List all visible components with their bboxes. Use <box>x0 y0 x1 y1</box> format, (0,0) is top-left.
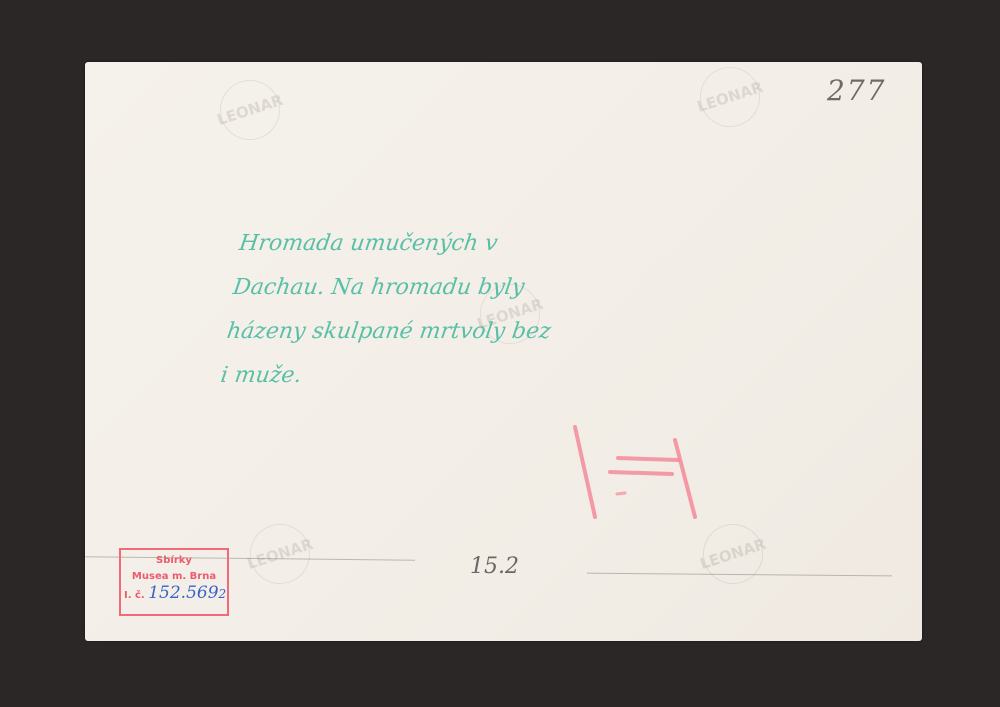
leonar-watermark: LEONAR <box>692 59 768 135</box>
handwritten-caption: Hromada umučených v Dachau. Na hromadu b… <box>218 222 803 398</box>
stamp-line-1: Sbírky <box>121 553 227 569</box>
caption-line: Hromada umučených v <box>236 222 802 266</box>
stamp-prefix: I. č. <box>124 590 145 601</box>
leonar-watermark: LEONAR <box>212 72 288 148</box>
inventory-suffix: 2 <box>219 587 227 601</box>
leonar-watermark: LEONAR <box>695 516 771 592</box>
pencil-note: 15.2 <box>470 554 519 579</box>
museum-stamp: Sbírky Musea m. Brna I. č. 152.5692 <box>119 548 229 616</box>
red-pencil-mark-icon <box>570 422 700 522</box>
caption-line: i muže. <box>218 354 784 398</box>
leonar-watermark: LEONAR <box>242 516 318 592</box>
inventory-number: 152.569 <box>148 583 218 603</box>
page-number: 277 <box>827 74 886 107</box>
photo-back-card: LEONAR LEONAR LEONAR LEONAR LEONAR 277 H… <box>85 62 922 641</box>
stamp-line-3: I. č. 152.5692 <box>121 585 227 604</box>
caption-line: házeny skulpané mrtvoly bez <box>224 310 790 354</box>
caption-line: Dachau. Na hromadu byly <box>230 266 796 310</box>
